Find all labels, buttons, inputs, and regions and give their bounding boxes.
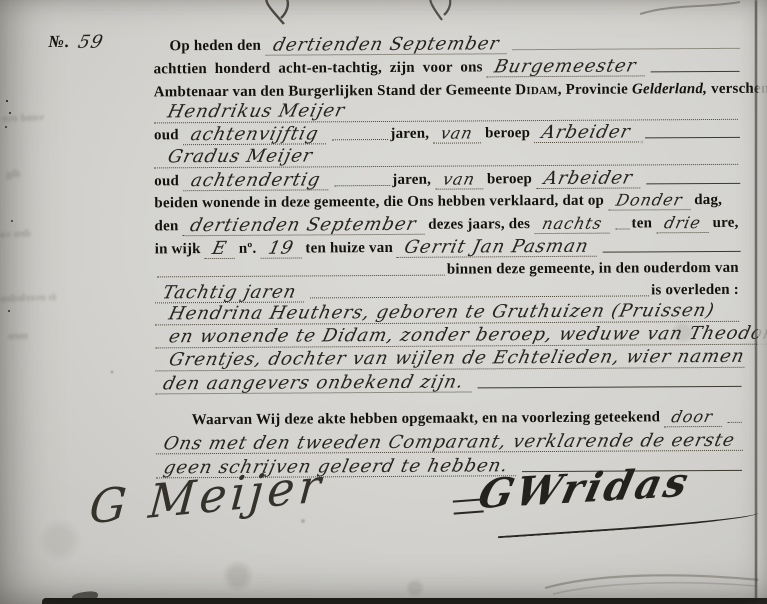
printed-text: is overleden : — [651, 281, 739, 301]
printed-text: jaren, — [390, 125, 429, 144]
handwritten-declarant2-name: Gradus Meijer — [166, 146, 315, 166]
printed-text: beiden wonende in deze gemeente, die Ons… — [154, 192, 604, 214]
printed-text: ure, — [713, 214, 739, 233]
dotted-line — [616, 228, 630, 229]
line-declarant1-age: oud achtenvijftig jaren, van beroep Arbe… — [154, 120, 742, 146]
handwritten-age: achtenvijftig — [189, 124, 321, 144]
handwritten-declarant1-name: Hendrikus Meijer — [166, 101, 347, 121]
printed-text: in wijk — [155, 240, 201, 259]
handwritten-occupation: Arbeider — [542, 168, 635, 188]
signature-declarant: G Meijer — [87, 458, 326, 535]
dotted-line — [334, 185, 390, 186]
rule-line — [603, 251, 741, 253]
handwritten-word: van — [439, 123, 475, 142]
handwritten-date: dertienden September — [271, 34, 501, 54]
printed-text: dag, — [694, 191, 722, 210]
dotted-line — [310, 295, 649, 298]
handwritten-age: achtendertig — [189, 170, 322, 190]
handwritten-deceased-parents: Grentjes, dochter van wijlen de Echtelie… — [167, 347, 746, 370]
form-body: №. 59 Op heden den dertienden September … — [0, 0, 767, 604]
rule-line — [646, 183, 740, 185]
printed-text: den — [154, 217, 178, 236]
handwritten-official-title: Burgemeester — [493, 56, 639, 76]
line-date-opening: Op heden den dertienden September — [153, 31, 741, 57]
printed-text: Provincie — [566, 81, 628, 100]
dotted-line — [157, 275, 445, 278]
line-deceased-parents: Grentjes, dochter van wijlen de Echtelie… — [155, 346, 743, 372]
line-death-date-time: den dertienden September dezes jaars, de… — [154, 211, 742, 237]
printed-text: oud — [154, 126, 179, 145]
line-closing-2: Ons met den tweeden Comparant, verklaren… — [156, 429, 744, 455]
printed-text: dezes jaars, des — [428, 215, 530, 235]
printed-text: oud — [154, 172, 179, 191]
handwritten-text: Ons met den tweeden Comparant, verklaren… — [162, 431, 737, 454]
record-number-label: №. — [48, 32, 70, 52]
line-year-official: achttien honderd acht-en-tachtig, zijn v… — [154, 54, 742, 80]
dotted-line — [332, 139, 388, 140]
dotted-line — [727, 422, 741, 423]
printed-text: nº. — [239, 240, 257, 259]
line-deceased-residence: en wonende te Didam, zonder beroep, wedu… — [155, 323, 743, 349]
line-declaration: beiden wonende in deze gemeente, die Ons… — [154, 188, 742, 214]
printed-text: jaren, — [392, 171, 431, 190]
province-name: Gelderland, — [632, 80, 707, 99]
rule-line — [645, 137, 740, 139]
rule-line — [478, 386, 742, 389]
printed-text: ten — [631, 214, 652, 233]
printed-text: ten huize van — [305, 239, 393, 259]
handwritten-deceased-residence: en wonende te Didam, zonder beroep, wedu… — [167, 323, 767, 346]
handwritten-death-date: dertienden September — [188, 215, 418, 235]
handwritten-occupation: Arbeider — [540, 122, 633, 142]
handwritten-daypart: nachts — [540, 214, 604, 233]
line-declarant2-name: Gradus Meijer — [154, 143, 742, 169]
death-certificate-scan: vond ove dig den va is overleden men №. … — [0, 0, 767, 604]
handwritten-text: den aangevers onbekend zijn. — [161, 372, 466, 393]
binding-shadow — [755, 0, 757, 604]
municipality-name: Didam, — [515, 81, 561, 100]
record-number: №. 59 — [48, 32, 103, 52]
paraph-marks — [453, 498, 484, 514]
printed-text: beroep — [487, 170, 532, 189]
scan-edge-bar — [42, 598, 767, 604]
record-number-value: 59 — [76, 33, 105, 52]
line-closing: Waarvan Wij deze akte hebben opgemaakt, … — [156, 405, 744, 431]
handwritten-age-at-death: Tachtig jaren — [161, 283, 299, 303]
printed-text: achttien honderd acht-en-tachtig, zijn v… — [154, 58, 483, 79]
handwritten-house-owner: Gerrit Jan Pasman — [403, 237, 591, 257]
dotted-line — [513, 48, 740, 50]
signature-flourish — [497, 511, 759, 539]
rule-line — [650, 71, 739, 73]
handwritten-hour: drie — [662, 213, 703, 232]
line-unknown-names: den aangevers onbekend zijn. — [155, 369, 743, 395]
line-deceased-name: Hendrina Heuthers, geboren te Gruthuizen… — [155, 300, 743, 326]
printed-text: beroep — [485, 124, 530, 143]
handwritten-weekday: Donder — [614, 190, 684, 209]
page-edge-strip — [758, 0, 767, 604]
handwritten-house-number: 19 — [266, 239, 295, 258]
handwritten-word: van — [441, 169, 477, 188]
handwritten-word: door — [670, 407, 715, 426]
printed-text: Waarvan Wij deze akte hebben opgemaakt, … — [192, 408, 661, 430]
printed-text: binnen deze gemeente, in den ouderdom va… — [447, 259, 739, 280]
handwritten-deceased-name: Hendrina Heuthers, geboren te Gruthuizen… — [167, 301, 717, 323]
printed-text: Op heden den — [169, 37, 261, 57]
handwritten-district: E — [211, 239, 229, 258]
